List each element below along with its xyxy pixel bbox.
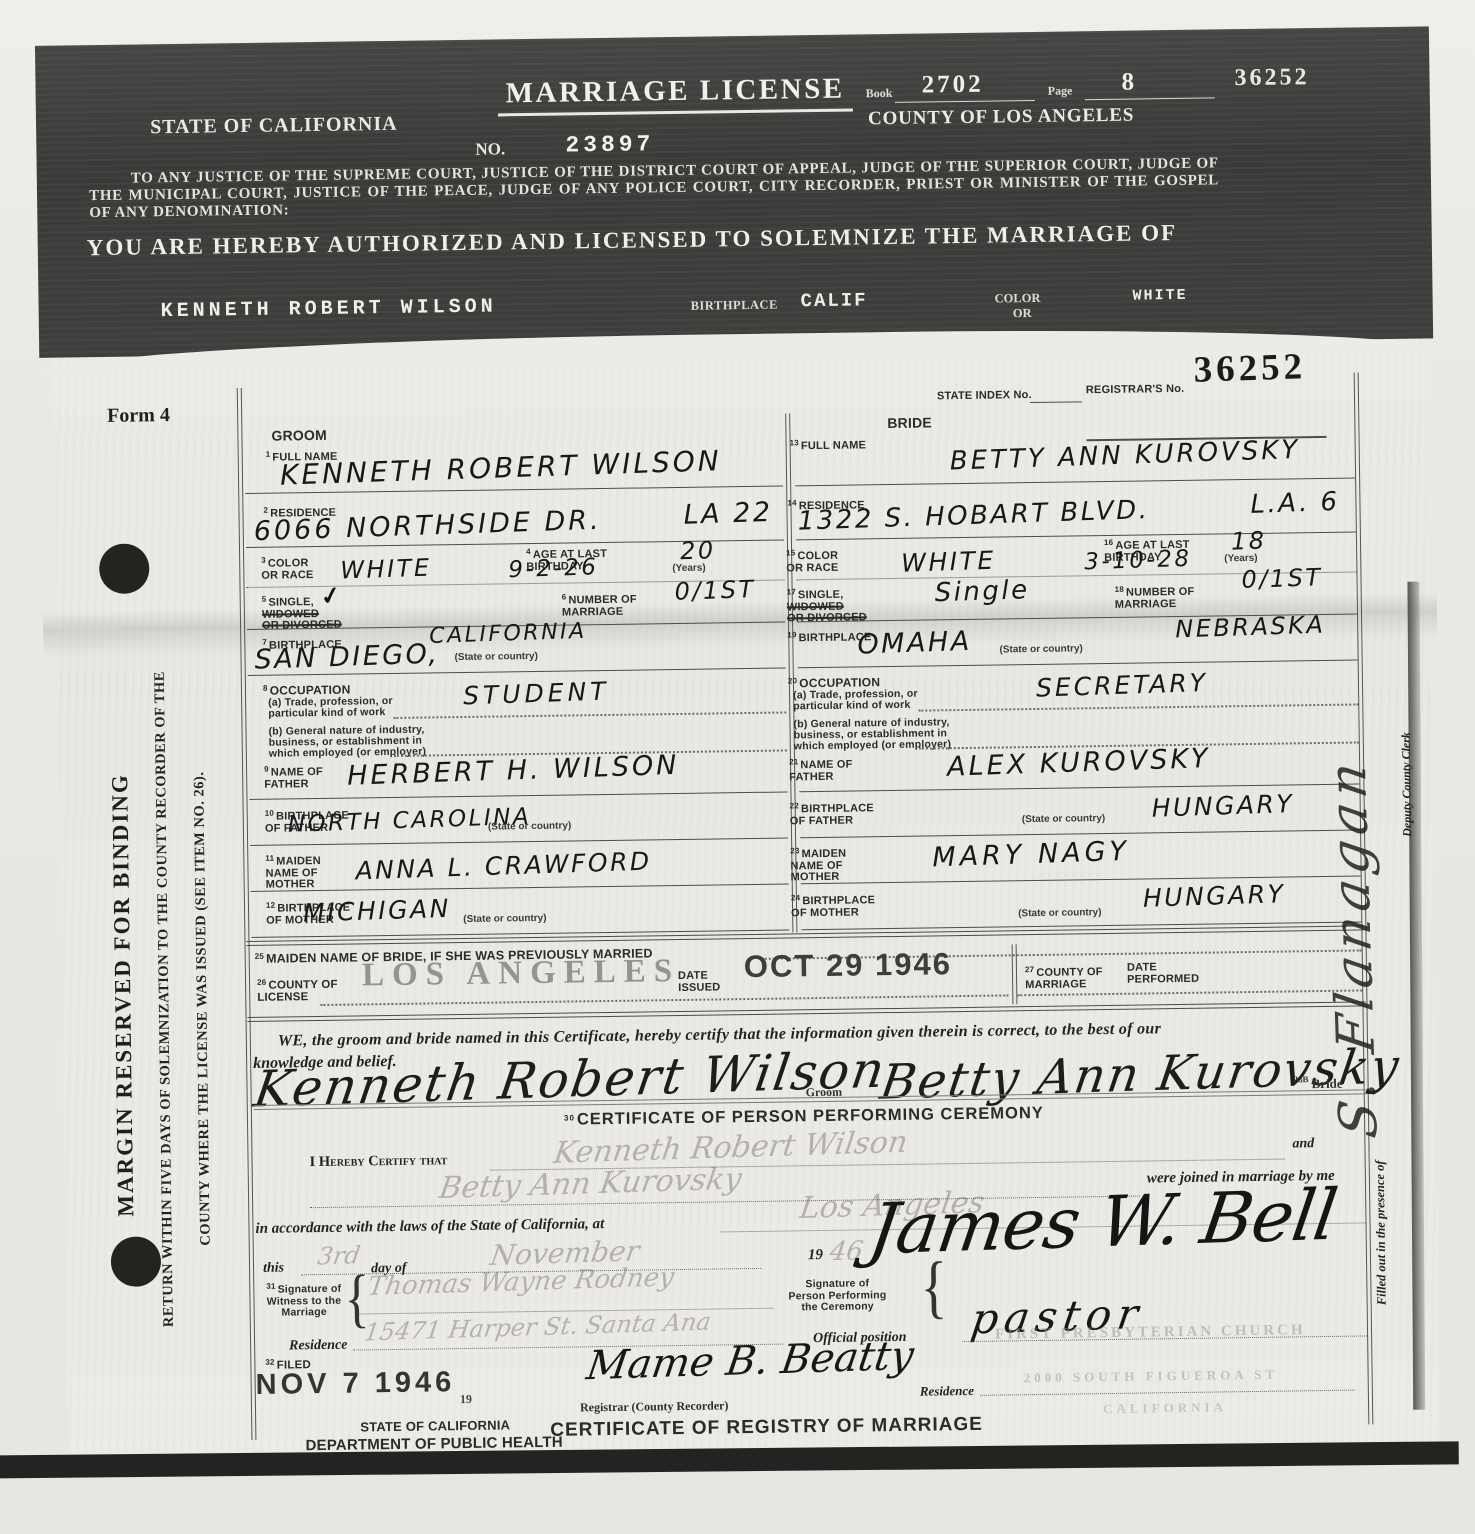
rule xyxy=(249,791,787,800)
filed-date-stamp: NOV 7 1946 xyxy=(255,1366,455,1402)
registrar-signature-label: Registrar (County Recorder) xyxy=(580,1398,729,1415)
ceremony-heading-text: CERTIFICATE OF PERSON PERFORMING CEREMON… xyxy=(577,1104,1044,1129)
bride-marnum-text2: MARRIAGE xyxy=(1115,598,1177,611)
page-value: 8 xyxy=(1121,69,1134,97)
groom-mother-num: 11 xyxy=(265,854,274,863)
church-stamp-line3: CALIFORNIA xyxy=(1103,1399,1227,1417)
date-issued-text1: DATE xyxy=(678,970,708,982)
clerk-title: Deputy County Clerk xyxy=(1397,622,1415,837)
groom-color-label: 3COLOROR RACE xyxy=(261,554,313,582)
bride-color-label: 15COLOROR RACE xyxy=(786,547,838,575)
rule xyxy=(393,711,786,718)
book-label: Book xyxy=(866,86,893,101)
binding-margin-line2: COUNTY WHERE THE LICENSE WAS ISSUED (SEE… xyxy=(189,608,224,1408)
bride-mother-label: 23MAIDENNAME OFMOTHER xyxy=(790,845,846,884)
state-index-label: STATE INDEX No. xyxy=(937,390,1032,403)
rule xyxy=(980,1390,1355,1396)
groom-father-text1: NAME OF xyxy=(271,766,323,779)
bride-mbp-hint: (State or country) xyxy=(1018,907,1101,919)
bride-marnum-num: 18 xyxy=(1115,585,1124,594)
groom-residence-num: 2 xyxy=(263,506,268,515)
bride-years-hint: (Years) xyxy=(1224,553,1258,564)
bride-marital-label: 17SINGLE,WIDOWEDOR DIVORCED xyxy=(787,585,867,625)
groom-age-num: 4 xyxy=(526,547,531,556)
typed-color-label-2: OR xyxy=(1013,306,1032,321)
bride-occupation-num: 20 xyxy=(788,676,797,685)
filed-year-prefix: 19 xyxy=(460,1392,472,1407)
witness-signature: Thomas Wayne Rodney xyxy=(366,1262,676,1302)
typed-groom-name: KENNETH ROBERT WILSON xyxy=(161,295,497,323)
groom-mother-birthplace-value: Michigan xyxy=(303,894,452,928)
groom-age-value: 20 xyxy=(680,536,716,565)
county-of-license-stamp: LOS ANGELES xyxy=(362,953,681,994)
county-of-marriage-label: 27COUNTY OFMARRIAGE xyxy=(1025,963,1103,991)
bride-marital-value: Single xyxy=(934,575,1030,608)
bride-heading: BRIDE xyxy=(887,417,932,429)
license-number: 23897 xyxy=(565,131,654,158)
bride-age-value: 18 xyxy=(1231,526,1267,555)
groom-years-hint: (Years) xyxy=(672,563,706,574)
bride-birthplace-state-value: Nebraska xyxy=(1175,611,1326,644)
groom-mbp-num: 12 xyxy=(266,901,275,910)
bride-color-value: White xyxy=(901,546,996,578)
date-issued-label: DATEISSUED xyxy=(678,970,720,994)
ceremony-bride-name: Betty Ann Kurovsky xyxy=(437,1161,744,1206)
performer-text3: the Ceremony xyxy=(801,1300,874,1313)
bride-mother-value: Mary Nagy xyxy=(932,836,1131,874)
scanned-marriage-license: MARRIAGE LICENSE STATE OF CALIFORNIA Boo… xyxy=(0,0,1475,1534)
filed-num: 32 xyxy=(265,1358,274,1367)
typed-birthplace-value: CALIF xyxy=(800,289,867,312)
witness-num: 31 xyxy=(266,1282,275,1291)
groom-marnum-label: 6NUMBER OFMARRIAGE xyxy=(562,591,637,619)
bride-color-num: 15 xyxy=(786,548,795,557)
bride-fbp-num: 22 xyxy=(790,801,799,810)
groom-birthplace-state-value: California xyxy=(429,619,587,649)
state-index-line xyxy=(1030,401,1082,403)
county-of-license-label: 26COUNTY OFLICENSE xyxy=(257,976,338,1004)
typed-color-value: WHITE xyxy=(1132,287,1187,305)
registrar-no-value: 36252 xyxy=(1193,345,1307,392)
bride-occupation-value: Secretary xyxy=(1036,668,1209,703)
bride-full-name-num: 13 xyxy=(790,438,799,447)
county-marriage-text2: MARRIAGE xyxy=(1025,978,1087,991)
bride-mother-birthplace-value: Hungary xyxy=(1143,879,1286,913)
rule xyxy=(320,994,1008,1006)
county-license-num: 26 xyxy=(257,978,266,987)
bride-full-name-text: FULL NAME xyxy=(801,439,866,452)
license-state: STATE OF CALIFORNIA xyxy=(150,113,398,139)
groom-occupation-num: 8 xyxy=(263,684,268,693)
footer-state-line1: STATE OF CALIFORNIA xyxy=(360,1419,510,1433)
groom-fbp-num: 10 xyxy=(265,809,274,818)
groom-mbp-hint: (State or country) xyxy=(463,913,546,925)
groom-birthplace-value: San Diego, xyxy=(254,639,440,676)
footer-registry-title: CERTIFICATE OF REGISTRY OF MARRIAGE xyxy=(550,1419,983,1437)
groom-marriage-number-value: 0/1st xyxy=(674,575,756,606)
rule xyxy=(798,659,1358,668)
form-number-label: Form 4 xyxy=(107,404,170,428)
license-county: COUNTY OF LOS ANGELES xyxy=(868,105,1134,131)
bride-mbp-text2: OF MOTHER xyxy=(791,906,859,919)
bride-marital-num: 17 xyxy=(787,587,796,596)
rule xyxy=(251,883,789,892)
bride-signature-tag: 28B xyxy=(1293,1074,1308,1084)
maiden-name-row-num: 25 xyxy=(255,952,264,961)
groom-marnum-text2: MARRIAGE xyxy=(562,605,624,618)
bride-occ-b3: which employed (or employer) xyxy=(794,739,951,753)
binding-margin-line1: RETURN WITHIN FIVE DAYS OF SOLEMNIZATION… xyxy=(150,559,186,1439)
bride-mother-text3: MOTHER xyxy=(791,871,840,884)
groom-father-text2: FATHER xyxy=(264,778,309,791)
groom-state-or-country-hint: (State or country) xyxy=(454,651,537,663)
page-label: Page xyxy=(1048,83,1073,98)
rule xyxy=(250,837,788,846)
this-label: this xyxy=(263,1261,284,1277)
date-performed-text2: PERFORMED xyxy=(1127,972,1199,985)
date-issued-stamp: OCT 29 1946 xyxy=(744,946,953,985)
serial-number: 36252 xyxy=(1234,64,1309,92)
county-marriage-num: 27 xyxy=(1025,965,1034,974)
bride-fbp-text2: OF FATHER xyxy=(790,814,853,827)
bride-full-name-value: Betty Ann Kurovsky xyxy=(949,435,1300,477)
and-label: and xyxy=(1292,1136,1314,1152)
witness-label: 31Signature ofWitness to theMarriage xyxy=(266,1280,341,1320)
groom-occupation-value: Student xyxy=(463,677,610,711)
ceremony-heading: 30CERTIFICATE OF PERSON PERFORMING CEREM… xyxy=(564,1106,1044,1126)
clerk-signature: S. Flanagan xyxy=(1318,753,1390,1141)
bride-color-text2: OR RACE xyxy=(786,561,838,574)
bride-father-text2: FATHER xyxy=(789,770,834,783)
groom-marital-divorced: OR DIVORCED xyxy=(262,619,342,632)
bride-marriage-number-value: 0/1st xyxy=(1241,563,1323,594)
groom-color-text2: OR RACE xyxy=(261,569,313,582)
book-value: 2702 xyxy=(921,71,983,100)
groom-color-num: 3 xyxy=(261,556,266,565)
bottom-shadow-strip xyxy=(0,1441,1459,1478)
rule xyxy=(918,703,1358,711)
registrar-no-label: REGISTRAR'S No. xyxy=(1086,384,1185,397)
groom-birthdate-value: 9-2-26 xyxy=(508,554,599,583)
registrar-signature: Mame B. Beatty xyxy=(584,1333,917,1389)
typed-color-label-1: COLOR xyxy=(994,291,1040,307)
bride-birthplace-value: Omaha xyxy=(857,626,972,661)
rule xyxy=(795,478,1355,487)
groom-residence-city: LA 22 xyxy=(683,497,773,531)
bride-marnum-label: 18NUMBER OFMARRIAGE xyxy=(1115,583,1195,611)
ceremony-heading-num: 30 xyxy=(564,1113,575,1122)
groom-occ-a2: particular kind of work xyxy=(268,707,385,720)
certify-label: I Hereby Certify that xyxy=(309,1152,447,1171)
bride-father-num: 21 xyxy=(789,757,798,766)
license-no-label: NO. xyxy=(475,139,505,159)
witness-residence-label: Residence xyxy=(289,1338,348,1355)
bride-residence-city: L.A. 6 xyxy=(1250,487,1340,520)
bride-birthdate-value: 3-10-28 xyxy=(1084,546,1192,576)
date-issued-text2: ISSUED xyxy=(678,981,720,994)
bride-age-num: 16 xyxy=(1104,538,1113,547)
bride-mbp-num: 24 xyxy=(791,893,800,902)
groom-mother-value: Anna L. Crawford xyxy=(355,847,652,886)
church-stamp-line1: FIRST PRESBYTERIAN CHURCH xyxy=(995,1322,1306,1343)
groom-fbp-hint: (State or country) xyxy=(488,820,571,832)
groom-heading: GROOM xyxy=(271,430,327,442)
bride-full-name-label: 13FULL NAME xyxy=(789,436,866,453)
bride-father-text1: NAME OF xyxy=(800,759,852,772)
groom-father-label: 9NAME OFFATHER xyxy=(264,763,323,791)
bride-father-birthplace-value: Hungary xyxy=(1151,789,1294,823)
bride-marital-divorced: OR DIVORCED xyxy=(787,611,867,624)
bride-state-or-country-hint: (State or country) xyxy=(999,643,1082,655)
date-performed-label: DATEPERFORMED xyxy=(1127,962,1199,986)
footer-state-line2: DEPARTMENT OF PUBLIC HEALTH xyxy=(305,1437,562,1452)
groom-marnum-num: 6 xyxy=(562,593,567,602)
bride-mother-birthplace-label: 24BIRTHPLACEOF MOTHER xyxy=(791,891,876,919)
binding-margin-title: MARGIN RESERVED FOR BINDING xyxy=(104,555,150,1435)
groom-mother-label: 11MAIDENNAME OFMOTHER xyxy=(265,852,321,891)
bride-mother-num: 23 xyxy=(790,846,799,855)
bride-occ-a2: particular kind of work xyxy=(793,700,910,713)
bride-father-birthplace-label: 22BIRTHPLACEOF FATHER xyxy=(790,799,875,827)
bride-birthplace-num: 19 xyxy=(787,630,796,639)
church-stamp-line2: 2000 SOUTH FIGUEROA ST xyxy=(1024,1367,1279,1387)
accordance-label: in accordance with the laws of the State… xyxy=(255,1216,604,1238)
groom-mother-text3: MOTHER xyxy=(266,878,315,891)
witness-text3: Marriage xyxy=(281,1306,327,1319)
bride-father-value: Alex Kurovsky xyxy=(947,743,1211,783)
performer-label: Signature ofPerson Performingthe Ceremon… xyxy=(788,1278,886,1314)
ceremony-year-value: 46 xyxy=(828,1236,866,1267)
groom-father-num: 9 xyxy=(264,765,269,774)
license-title: MARRIAGE LICENSE xyxy=(497,72,852,116)
county-license-text2: LICENSE xyxy=(257,991,308,1004)
groom-full-name-num: 1 xyxy=(266,450,271,459)
performer-brace: { xyxy=(920,1247,948,1327)
year-prefix: 19 xyxy=(808,1247,823,1264)
bride-father-label: 21NAME OFFATHER xyxy=(789,756,853,784)
bride-fbp-hint: (State or country) xyxy=(1022,813,1105,825)
groom-color-value: White xyxy=(340,554,432,585)
registrar-residence-label: Residence xyxy=(920,1383,974,1400)
document-paper: MARRIAGE LICENSE STATE OF CALIFORNIA Boo… xyxy=(49,37,1441,1478)
groom-full-name-value: Kenneth Robert Wilson xyxy=(279,444,722,492)
bride-residence-num: 14 xyxy=(787,498,796,507)
groom-marital-num: 5 xyxy=(262,595,267,604)
typed-birthplace-label: BIRTHPLACE xyxy=(691,298,778,314)
